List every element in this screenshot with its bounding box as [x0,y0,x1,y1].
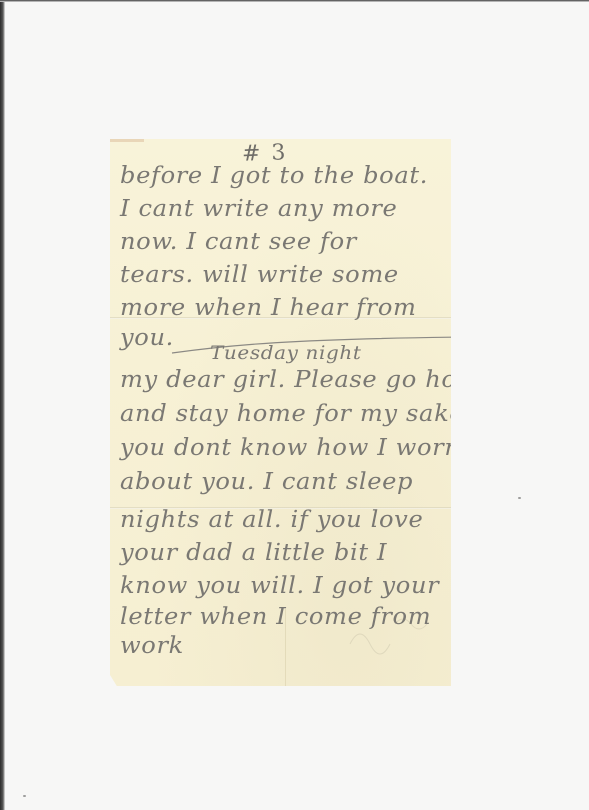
text-line: now. I cant see for [120,229,357,255]
text-line: and stay home for my sake [120,401,464,427]
dust-speck [518,497,521,499]
text-line: I cant write any more [120,196,397,222]
dust-speck [23,795,26,797]
text-line: about you. I cant sleep [120,469,413,495]
torn-corner [110,139,144,142]
scanner-edge-top [0,0,589,2]
text-line: more when I hear from [120,295,417,321]
bleed-through-marks [345,604,435,664]
text-line: my dear girl. Please go home [120,367,495,393]
text-line-date: Tuesday night [210,342,362,364]
text-line: you dont know how I worry [120,435,471,461]
text-line: tears. will write some [120,262,399,288]
text-line: your dad a little bit I [120,540,387,566]
text-line: work [120,633,184,659]
text-line: before I got to the boat. [120,163,428,189]
text-line: you. [120,325,174,351]
scanner-edge-left [0,0,5,810]
letter-page: # 3 before I got to the boat. I cant wri… [110,139,451,686]
text-line: nights at all. if you love [120,507,423,533]
text-line: know you will. I got your [120,573,439,599]
